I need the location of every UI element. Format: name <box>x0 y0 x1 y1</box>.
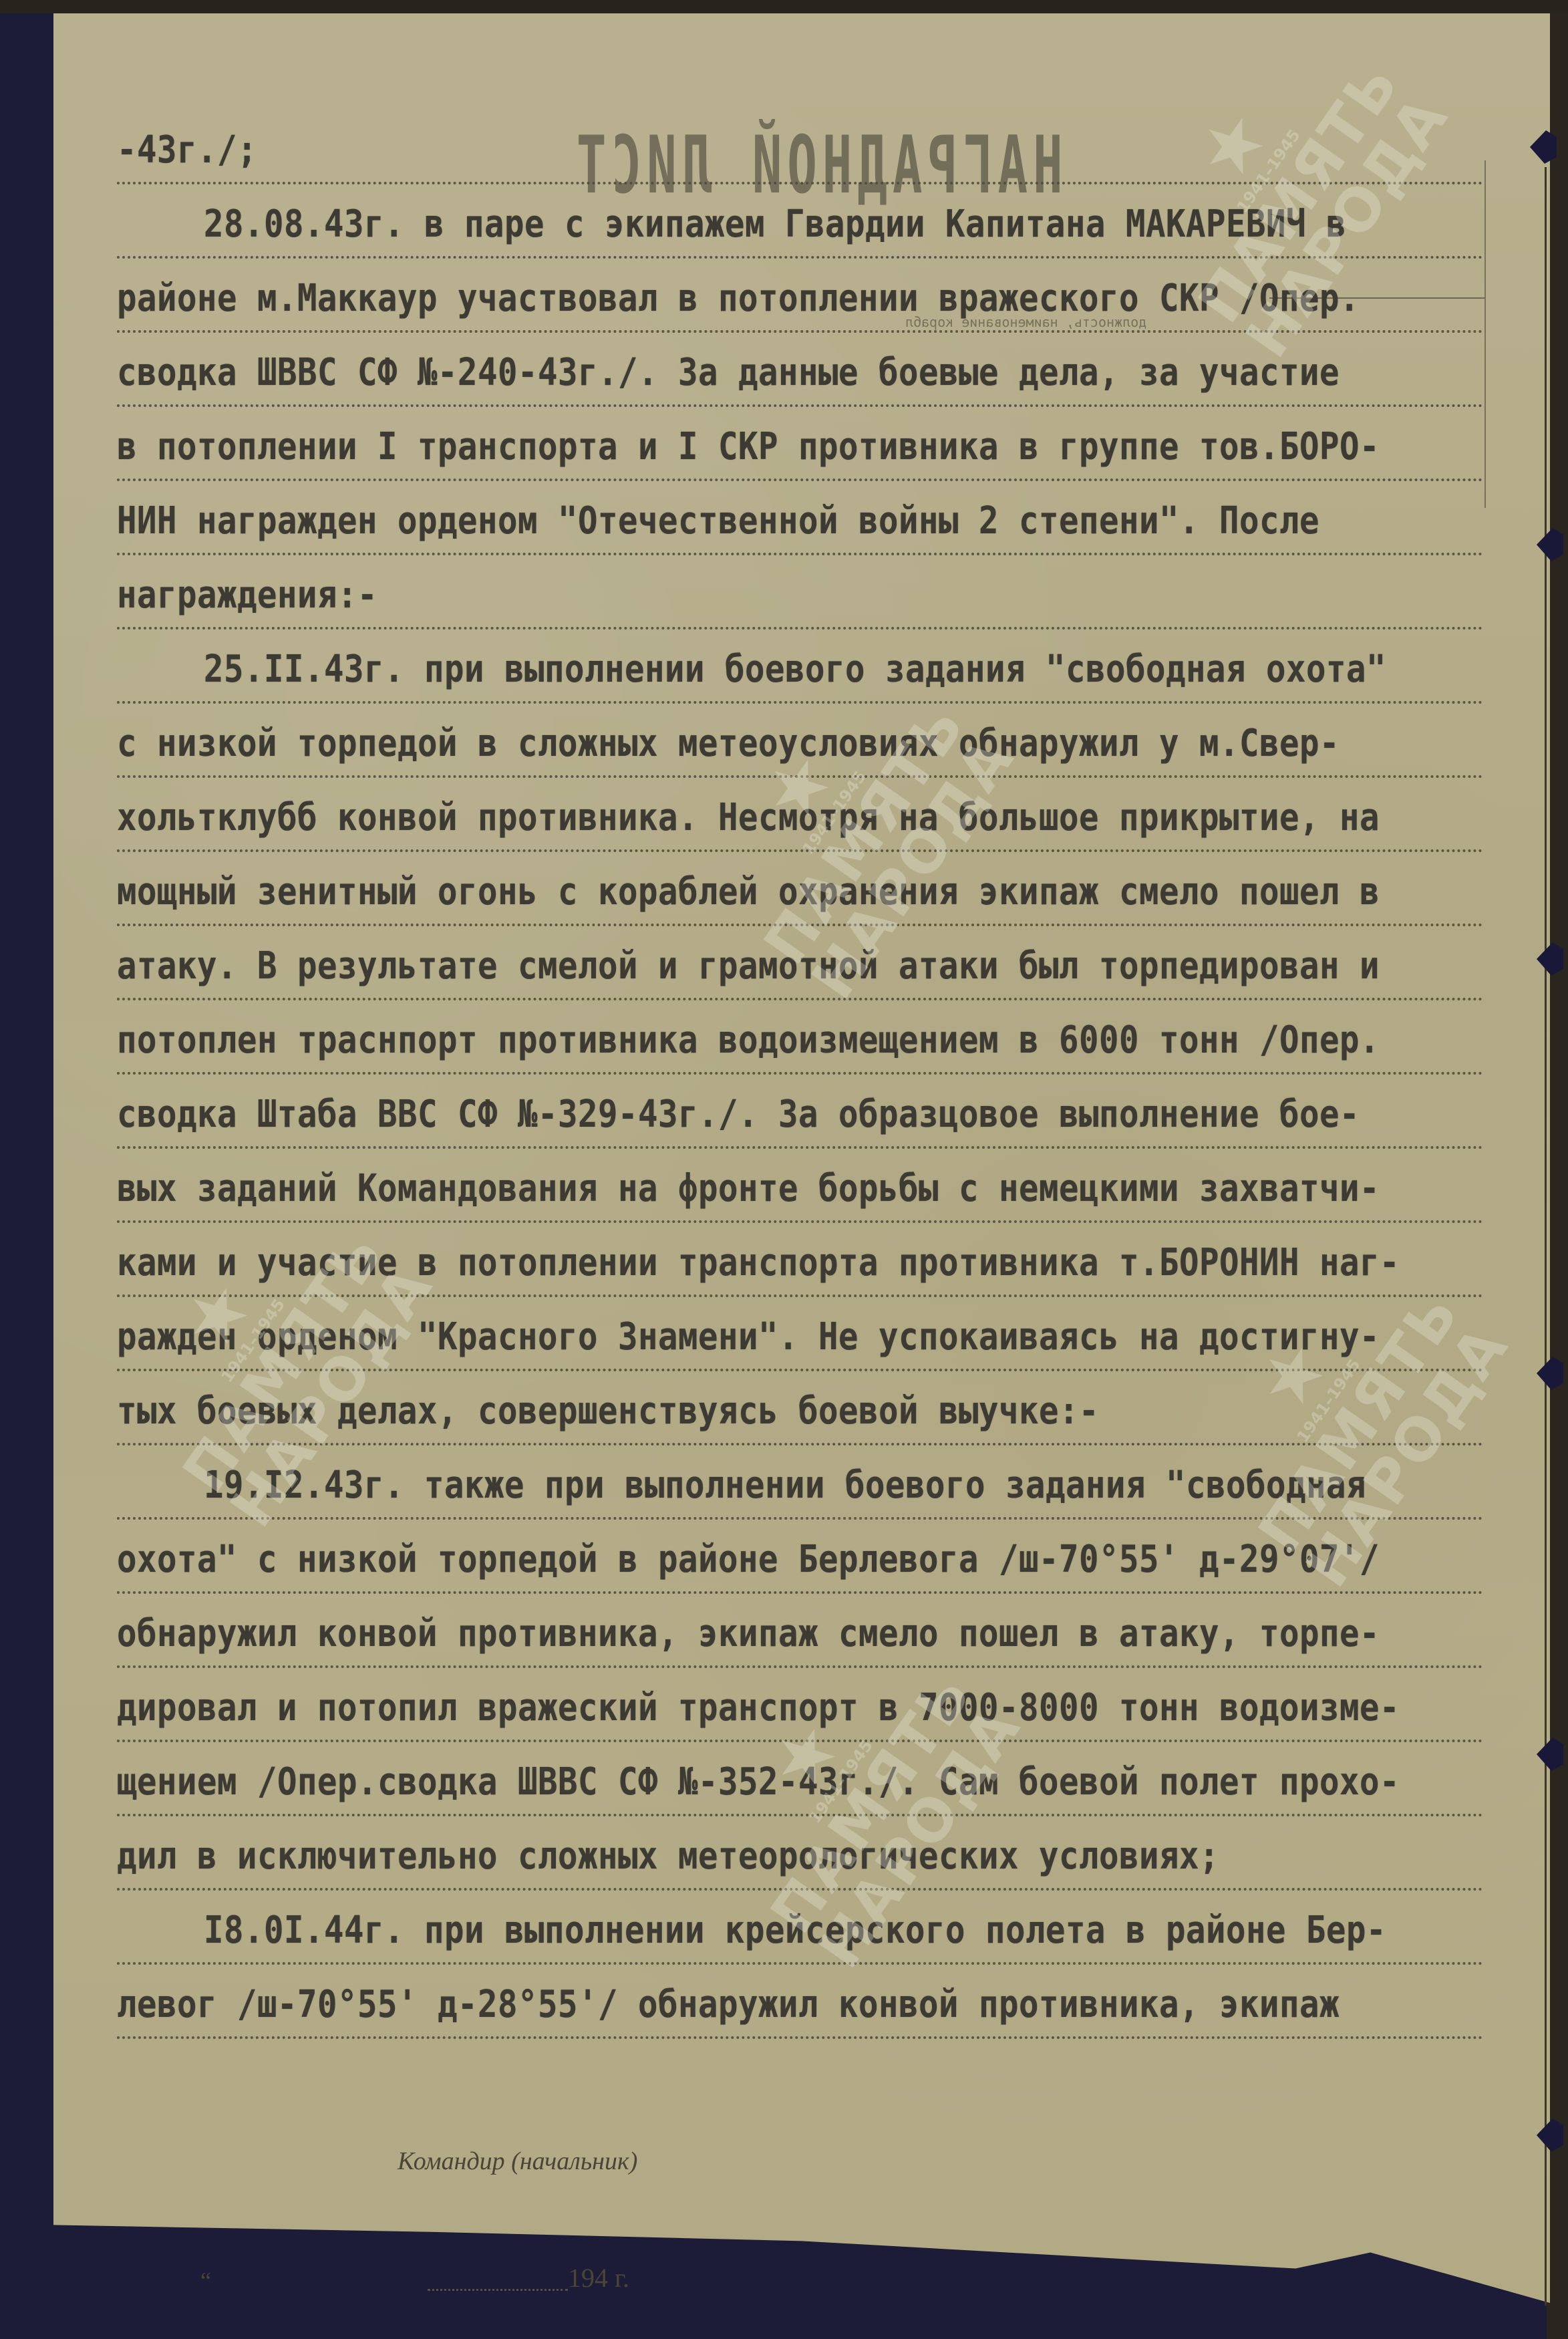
dotted-rule <box>117 701 1483 704</box>
typed-line: вых заданий Командования на фронте борьб… <box>117 1166 1480 1210</box>
dotted-rule <box>117 1665 1483 1668</box>
typed-line: ками и участие в потоплении транспорта п… <box>117 1240 1480 1284</box>
typed-line: ражден орденом "Красного Знамени". Не ус… <box>117 1315 1480 1359</box>
dotted-rule <box>117 478 1483 481</box>
typed-line: дировал и потопил вражеский транспорт в … <box>117 1685 1480 1730</box>
typed-line: охота" с низкой торпедой в районе Берлев… <box>117 1537 1480 1581</box>
typed-line: атаку. В результате смелой и грамотной а… <box>117 944 1480 988</box>
typed-line: I8.0I.44г. при выполнении крейсерского п… <box>117 1908 1567 1952</box>
dotted-rule <box>117 849 1483 852</box>
date-quote-mark: “ <box>200 2267 211 2295</box>
typed-line: районе м.Маккаур участвовал в потоплении… <box>117 276 1480 320</box>
dotted-rule <box>117 1294 1483 1297</box>
dotted-rule <box>117 404 1483 407</box>
dotted-rule <box>117 998 1483 1000</box>
typed-line: награждения:- <box>117 573 1480 617</box>
dotted-rule <box>117 1888 1483 1891</box>
commander-signature-label: Командир (начальник) <box>398 2147 637 2176</box>
dotted-rule <box>117 553 1483 555</box>
dotted-rule <box>117 1591 1483 1594</box>
typed-line: 25.II.43г. при выполнении боевого задани… <box>117 647 1567 691</box>
dotted-rule <box>117 2036 1483 2039</box>
dotted-rule <box>117 256 1483 259</box>
typed-line: мощный зенитный огонь с кораблей охранен… <box>117 869 1480 914</box>
dotted-rule <box>117 330 1483 333</box>
dotted-rule <box>117 627 1483 630</box>
dotted-rule <box>117 1740 1483 1742</box>
typed-line: левог /ш-70°55' д-28°55'/ обнаружил конв… <box>117 1982 1480 2026</box>
typed-line: тых боевых делах, совершенствуясь боевой… <box>117 1389 1480 1433</box>
dotted-rule <box>117 1072 1483 1075</box>
dotted-rule <box>117 1220 1483 1223</box>
dotted-rule <box>117 924 1483 926</box>
typed-line: сводка Штаба ВВС СФ №-329-43г./. За обра… <box>117 1092 1480 1136</box>
typed-line: обнаружил конвой противника, экипаж смел… <box>117 1611 1480 1655</box>
dotted-rule <box>117 1814 1483 1816</box>
typed-line: -43г./; <box>117 128 1480 172</box>
typed-line: хольтклубб конвой противника. Несмотря н… <box>117 795 1480 839</box>
typed-line: с низкой торпедой в сложных метеоусловия… <box>117 721 1480 765</box>
typed-line: сводка ШВВС СФ №-240-43г./. За данные бо… <box>117 350 1480 394</box>
typed-line: потоплен траснпорт противника водоизмеще… <box>117 1018 1480 1062</box>
typed-line: щением /Опер.сводка ШВВС СФ №-352-43г./.… <box>117 1760 1480 1804</box>
dotted-rule <box>117 1369 1483 1371</box>
date-rule <box>428 2289 568 2291</box>
dotted-rule <box>117 775 1483 778</box>
typed-line: в потоплении I транспорта и I СКР против… <box>117 424 1480 468</box>
dotted-rule <box>117 182 1483 184</box>
dotted-rule <box>117 1517 1483 1520</box>
dotted-rule <box>117 1146 1483 1149</box>
typed-line: дил в исключительно сложных метеорологич… <box>117 1834 1480 1878</box>
dotted-rule <box>117 1962 1483 1965</box>
scan-background-top <box>0 0 1568 13</box>
date-year-field: 194 г. <box>568 2262 629 2294</box>
dotted-rule <box>117 1443 1483 1446</box>
typed-line: 28.08.43г. в паре с экипажем Гвардии Кап… <box>117 202 1567 246</box>
page-margin-rule <box>1545 167 1547 2306</box>
typed-line: НИН награжден орденом "Отечественной вой… <box>117 499 1480 543</box>
typed-line: 19.I2.43г. также при выполнении боевого … <box>117 1463 1567 1507</box>
